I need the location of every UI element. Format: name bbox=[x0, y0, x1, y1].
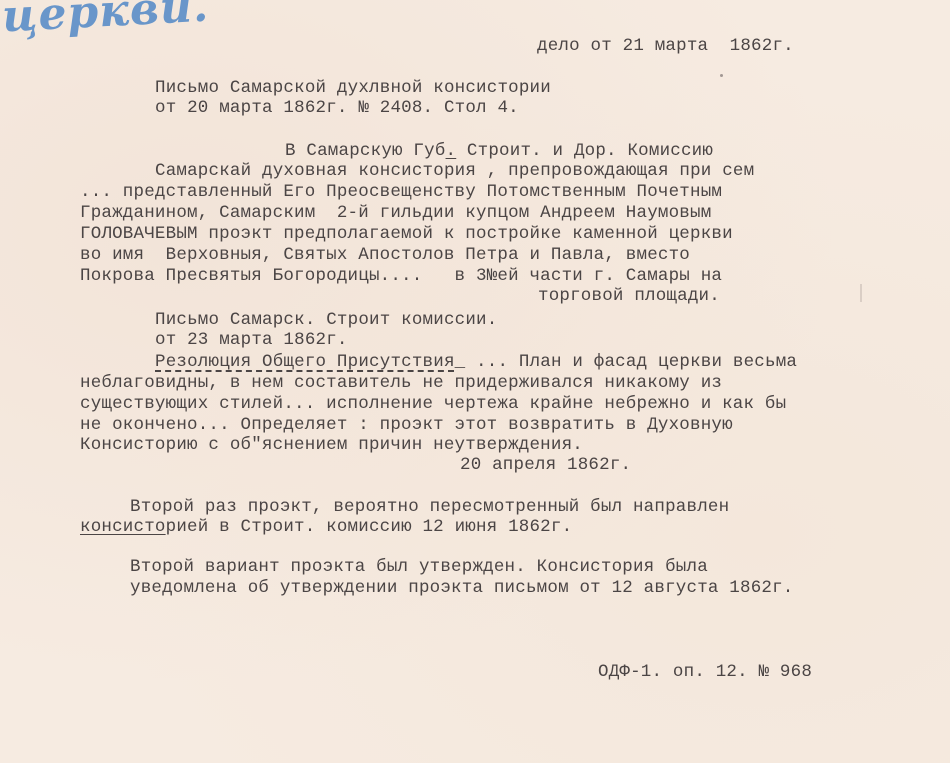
letter1-body-line: ... представленный Его Преосвещенству По… bbox=[80, 182, 722, 202]
paragraph3-line2-rest: рией в Строит. комиссию 12 июня 1862г. bbox=[166, 517, 573, 537]
paper-mark bbox=[860, 284, 862, 302]
paragraph4-line1: Второй вариант проэкта был утвержден. Ко… bbox=[130, 557, 708, 577]
ink-speck bbox=[720, 74, 723, 77]
document-page: церкви. дело от 21 марта 1862г. Письмо С… bbox=[0, 0, 950, 763]
letter2-title-line2: от 23 марта 1862г. bbox=[155, 330, 348, 350]
letter1-body-line: Самарскай духовная консистория , препров… bbox=[155, 161, 754, 181]
addressee-dot: . bbox=[446, 141, 457, 161]
handwritten-note: церкви. bbox=[1, 0, 210, 42]
paragraph3-line2: консисторией в Строит. комиссию 12 июня … bbox=[80, 517, 572, 537]
letter1-body-line: торговой площади. bbox=[538, 286, 720, 306]
letter2-body-line: не окончено... Определяет : проэкт этот … bbox=[80, 415, 733, 435]
letter1-body-line: ГОЛОВАЧЕВЫМ проэкт предполагаемой к пост… bbox=[80, 224, 733, 244]
letter2-date: 20 апреля 1862г. bbox=[460, 455, 631, 475]
archive-reference: ОДФ-1. оп. 12. № 968 bbox=[598, 662, 812, 682]
letter1-body-line: Покрова Пресвятыя Богородицы.... в 3№ей … bbox=[80, 266, 722, 286]
resolution-label: Резолюция Общего Присутствия bbox=[155, 352, 455, 372]
letter2-body-line: Консисторию с об"яснением причин неутвер… bbox=[80, 435, 583, 455]
letter1-body-line: Гражданином, Самарским 2-й гильдии купцо… bbox=[80, 203, 711, 223]
underlined-word: консисто bbox=[80, 517, 166, 537]
letter2-resolution: Резолюция Общего Присутствия_ ... План и… bbox=[155, 352, 797, 372]
letter2-title-line1: Письмо Самарск. Строит комиссии. bbox=[155, 310, 497, 330]
letter2-body-line: неблаговидны, в нем составитель не приде… bbox=[80, 373, 722, 393]
paragraph3-line1: Второй раз проэкт, вероятно пересмотренн… bbox=[130, 497, 729, 517]
letter1-title-line2: от 20 марта 1862г. № 2408. Стол 4. bbox=[155, 98, 519, 118]
letter2-body-line: существующих стилей... исполнение чертеж… bbox=[80, 394, 786, 414]
addressee-rest: Строит. и Дор. Комиссию bbox=[456, 141, 713, 161]
letter1-title-line1: Письмо Самарской духлвной консистории bbox=[155, 78, 551, 98]
addressee-prefix: В Самарскую Губ bbox=[285, 141, 446, 161]
resolution-rest: _ ... План и фасад церкви весьма bbox=[455, 352, 797, 372]
letter1-addressee: В Самарскую Губ. Строит. и Дор. Комиссию bbox=[285, 141, 713, 161]
letter1-body-line: во имя Верховныя, Святых Апостолов Петра… bbox=[80, 245, 690, 265]
paragraph4-line2: уведомлена об утверждении проэкта письмо… bbox=[130, 578, 794, 598]
case-date: дело от 21 марта 1862г. bbox=[537, 36, 794, 56]
